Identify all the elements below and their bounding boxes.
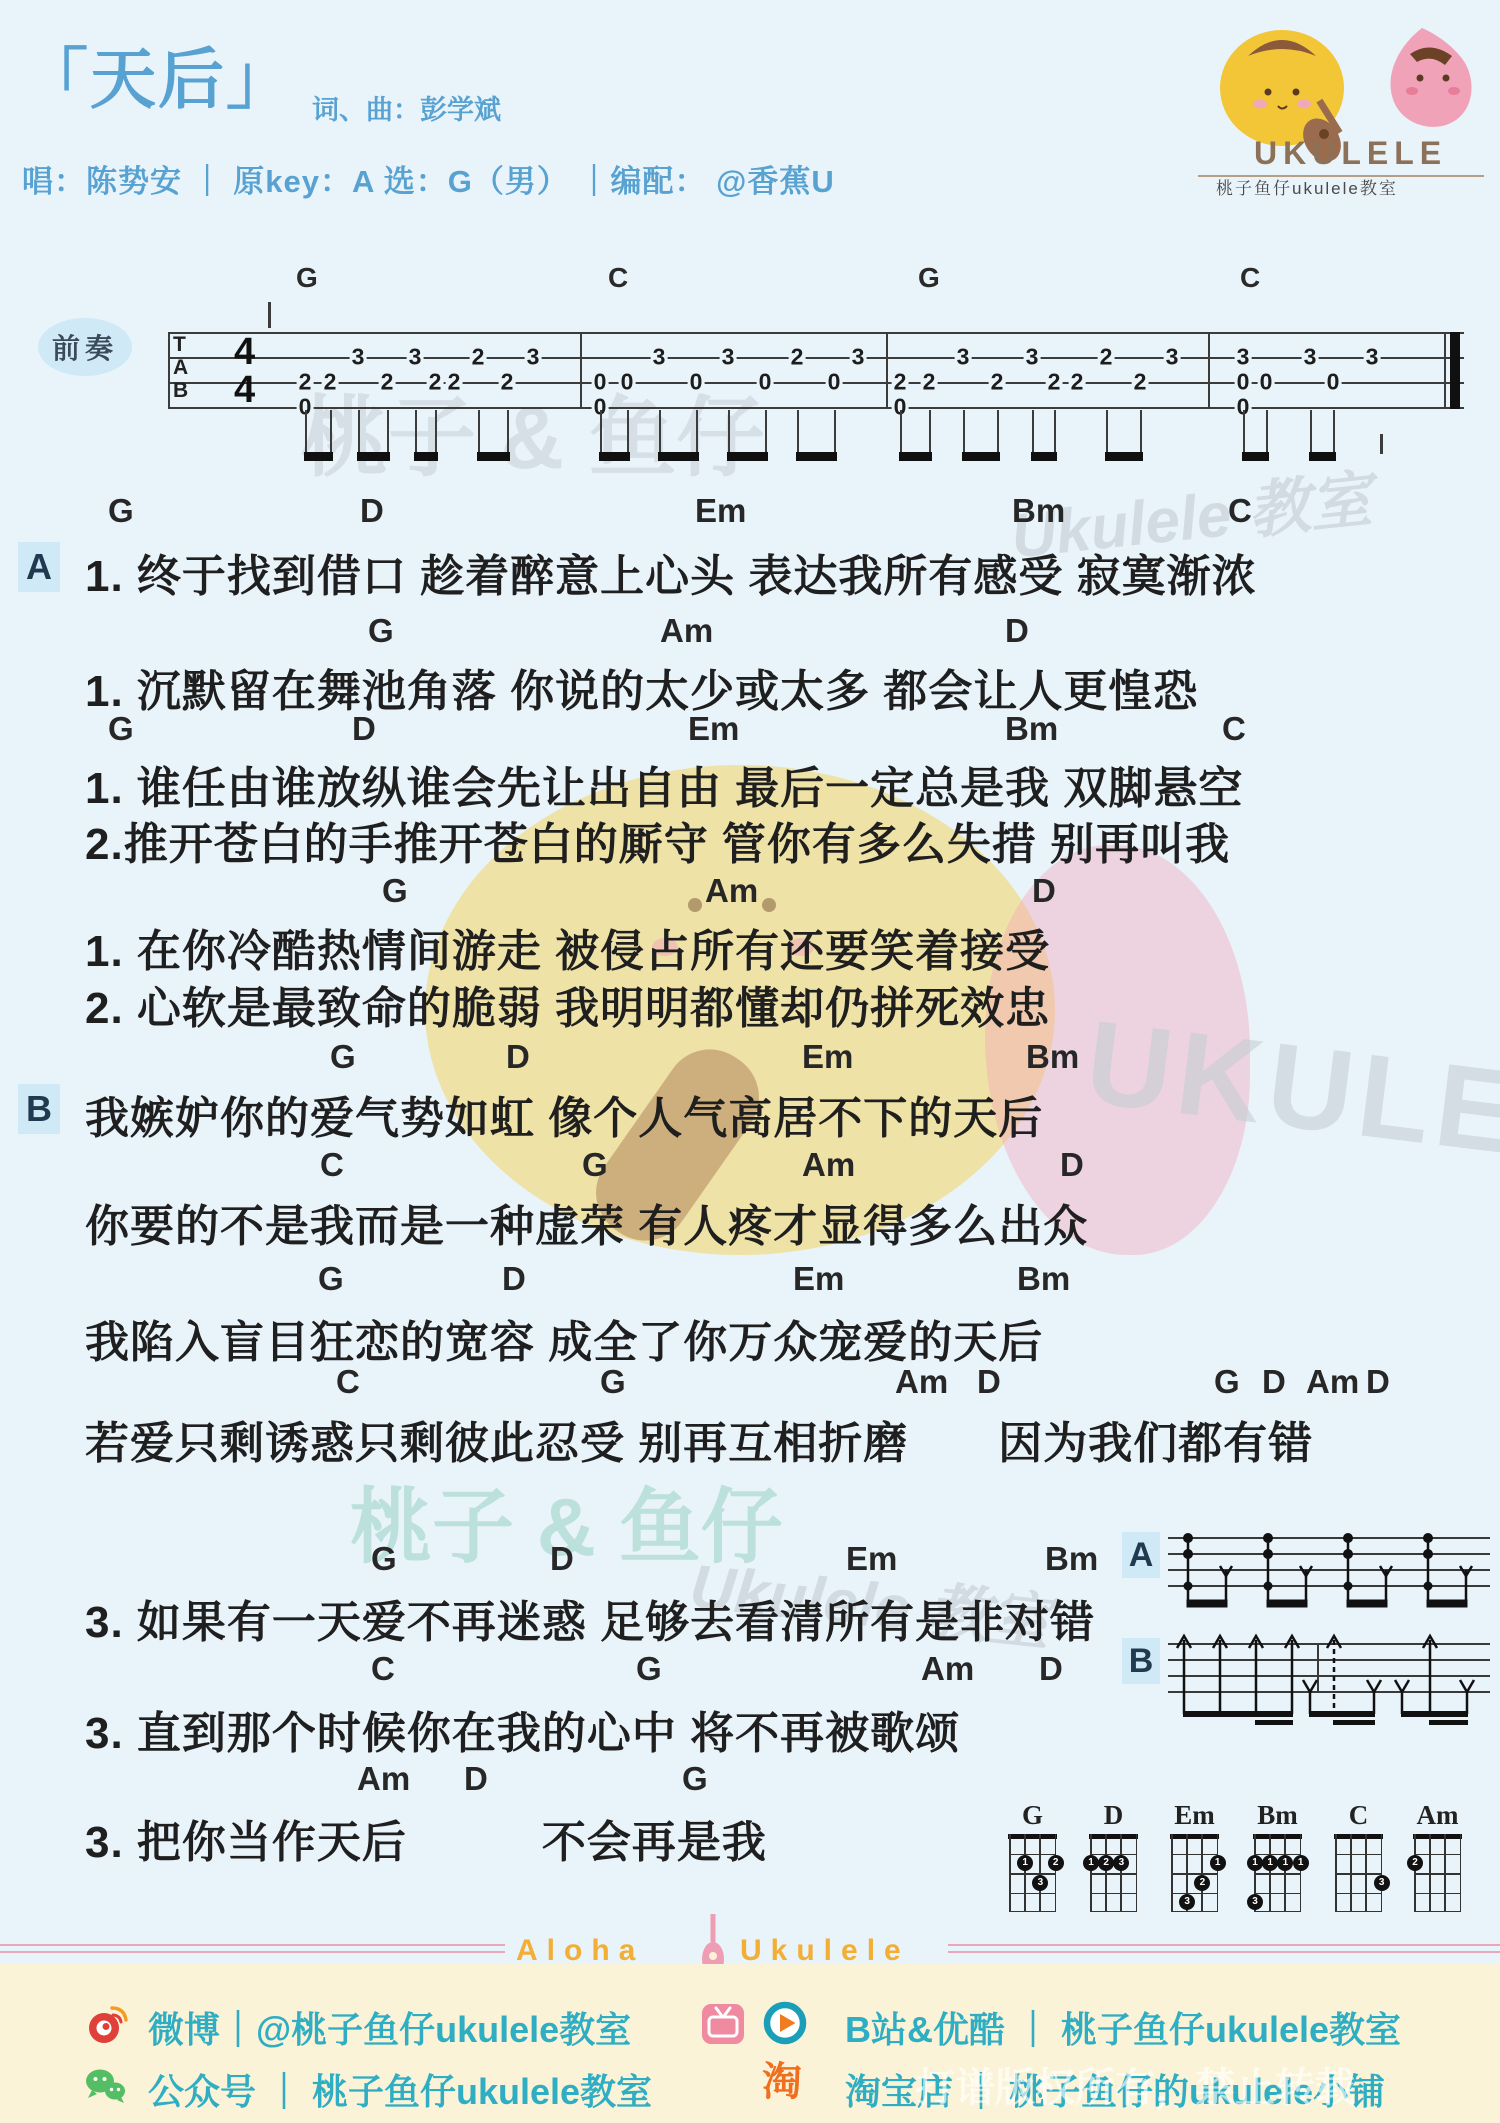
footer-link-text: B站&优酷 ｜ 桃子鱼仔ukulele教室 xyxy=(845,2002,1401,2053)
taobao-icon: 淘 xyxy=(762,2060,802,2104)
wechat-icon xyxy=(82,2062,128,2108)
footer: 微博｜@桃子鱼仔ukulele教室公众号 ｜ 桃子鱼仔ukulele教室B站&优… xyxy=(0,0,1500,2123)
footer-link-text: 微博｜@桃子鱼仔ukulele教室 xyxy=(148,2002,631,2053)
bilibili-icon xyxy=(700,2000,746,2046)
taobao-icon: 淘 xyxy=(762,2062,808,2108)
footer-link-text: 公众号 ｜ 桃子鱼仔ukulele教室 xyxy=(148,2064,652,2115)
weibo-icon xyxy=(84,2000,130,2046)
youku-play-icon xyxy=(762,2000,808,2046)
footer-copyright-watermark: 打谱版权所有，禁止转载 xyxy=(915,2056,1355,2113)
sheet-page: 桃子 & 鱼仔 Ukulele 教室 UKULELE 桃子 & 鱼仔 Ukule… xyxy=(0,0,1500,2123)
